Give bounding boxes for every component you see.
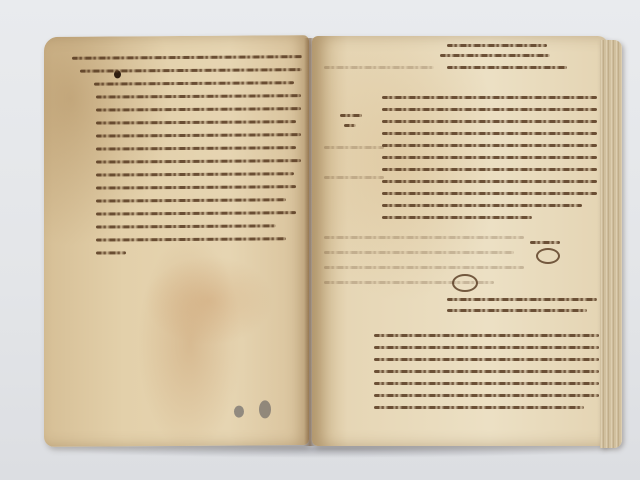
handwriting-line bbox=[80, 68, 302, 73]
left-page bbox=[44, 35, 309, 447]
image-caption: Open manuscript with handwritten pages bbox=[0, 0, 1, 1]
ink-spot bbox=[259, 400, 271, 418]
signature-flourish bbox=[536, 248, 560, 264]
show-through-line bbox=[324, 146, 384, 149]
handwriting-line bbox=[96, 185, 296, 189]
handwriting-line bbox=[382, 192, 597, 195]
handwriting-line bbox=[447, 298, 597, 301]
paragraph-flourish bbox=[452, 274, 478, 292]
handwriting-line bbox=[374, 382, 599, 385]
handwriting-line bbox=[382, 180, 597, 183]
handwriting-line bbox=[374, 346, 599, 349]
page-edges bbox=[600, 40, 622, 448]
handwriting-line bbox=[374, 406, 584, 409]
handwriting-line bbox=[96, 146, 296, 150]
handwriting-line bbox=[96, 133, 301, 137]
heading-line bbox=[447, 66, 567, 69]
handwriting-line bbox=[382, 120, 597, 123]
handwriting-line bbox=[96, 251, 126, 254]
handwriting-line bbox=[94, 81, 294, 85]
stain bbox=[144, 255, 274, 346]
signature bbox=[530, 241, 560, 244]
handwriting-line bbox=[382, 204, 582, 207]
show-through-line bbox=[324, 176, 384, 179]
handwriting-line bbox=[382, 216, 532, 219]
handwriting-line bbox=[96, 159, 301, 163]
handwriting-line bbox=[374, 334, 599, 337]
handwriting-line bbox=[382, 156, 597, 159]
heading-line bbox=[440, 54, 550, 57]
ink-spot bbox=[234, 406, 244, 418]
show-through-line bbox=[324, 266, 524, 269]
handwriting-line bbox=[96, 172, 294, 176]
handwriting-line bbox=[447, 309, 587, 312]
handwriting-line bbox=[96, 107, 301, 111]
handwriting-line bbox=[72, 55, 302, 60]
handwriting-line bbox=[382, 168, 597, 171]
handwriting-line bbox=[382, 144, 597, 147]
show-through-line bbox=[324, 236, 524, 239]
show-through-line bbox=[324, 66, 434, 69]
handwriting-line bbox=[382, 96, 597, 99]
margin-note bbox=[344, 124, 356, 127]
handwriting-line bbox=[374, 370, 599, 373]
right-page bbox=[312, 36, 608, 446]
handwriting-line bbox=[96, 211, 296, 215]
handwriting-line bbox=[96, 224, 276, 228]
handwriting-line bbox=[96, 94, 301, 98]
handwriting-line bbox=[374, 358, 599, 361]
handwriting-line bbox=[96, 120, 296, 124]
margin-note bbox=[340, 114, 362, 117]
handwriting-line bbox=[96, 237, 286, 241]
handwriting-line bbox=[382, 108, 597, 111]
heading-line bbox=[447, 44, 547, 47]
show-through-line bbox=[324, 251, 514, 254]
handwriting-line bbox=[96, 198, 286, 202]
handwriting-line bbox=[374, 394, 599, 397]
handwriting-line bbox=[382, 132, 597, 135]
